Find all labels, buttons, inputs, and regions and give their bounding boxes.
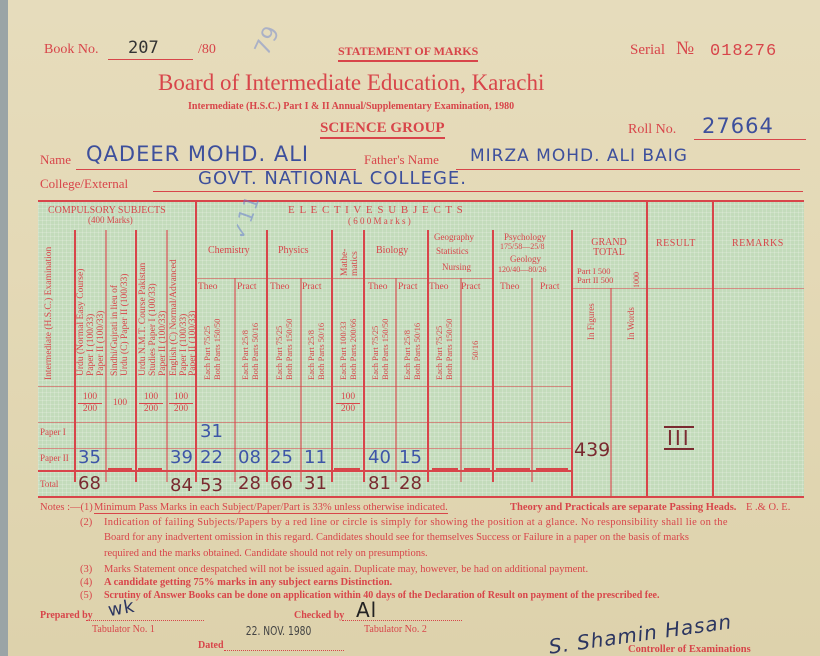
- elective-title: E L E C T I V E S U B J E C T S: [288, 204, 464, 216]
- marks-table: COMPULSORY SUBJECTS (400 Marks) Intermed…: [38, 200, 804, 498]
- doc-title: STATEMENT OF MARKS: [338, 44, 478, 62]
- physics-theo-total: 66: [270, 474, 293, 494]
- margin-scribble: 79: [250, 22, 285, 60]
- serial-label: Serial: [630, 42, 665, 59]
- remarks-header: REMARKS: [732, 238, 784, 249]
- grand-total-header: GRAND TOTAL: [584, 238, 634, 258]
- biology-pract-paper2: 15: [399, 448, 422, 468]
- book-no: 207: [128, 38, 159, 58]
- note-3: Marks Statement once despatched will not…: [104, 564, 588, 575]
- geography-header: Geography: [434, 232, 474, 242]
- biology-theo-paper2: 40: [368, 448, 391, 468]
- controller-label: Controller of Examinations: [628, 644, 751, 655]
- dated-label: Dated: [198, 640, 224, 651]
- note-2a: Indication of failing Subjects/Papers by…: [104, 517, 728, 528]
- board-title: Board of Intermediate Education, Karachi: [158, 70, 544, 96]
- english-paper2: 39: [170, 448, 193, 468]
- tabulator2-initial: Al: [356, 598, 377, 622]
- elective-marks: ( 6 0 0 M a r k s ): [348, 216, 411, 226]
- chemistry-pract-total: 28: [238, 474, 261, 494]
- roll-no-label: Roll No.: [628, 122, 676, 138]
- tabulator1-initial: wk: [106, 596, 136, 621]
- serial-no: 018276: [710, 42, 777, 61]
- physics-theo-paper2: 25: [270, 448, 293, 468]
- sindhi-max: 100: [108, 398, 132, 409]
- chemistry-theo-paper2: 22: [200, 448, 223, 468]
- row-label-total: Total: [40, 479, 58, 489]
- english-max: 100200: [169, 392, 193, 415]
- note-2c: required and the marks obtained. Candida…: [104, 548, 428, 559]
- exam-title: Intermediate (H.S.C.) Part I & II Annual…: [188, 101, 514, 112]
- serial-no-sign: №: [676, 38, 694, 60]
- geology-header: Geology: [510, 254, 541, 264]
- mathematics-max: 100200: [336, 392, 360, 415]
- note-5: Scrutiny of Answer Books can be done on …: [104, 590, 659, 601]
- notes-label: Notes :—(1): [40, 502, 93, 513]
- biology-header: Biology: [376, 245, 408, 256]
- chemistry-theo-total: 53: [200, 476, 223, 496]
- urdu-paper2: 35: [78, 448, 101, 468]
- roll-no: 27664: [702, 114, 774, 138]
- father-name: MIRZA MOHD. ALI BAIG: [470, 146, 688, 166]
- book-no-label: Book No.: [44, 42, 98, 58]
- chemistry-header: Chemistry: [208, 245, 250, 256]
- statistics-header: Statistics: [436, 246, 469, 256]
- group-title: SCIENCE GROUP: [320, 120, 445, 139]
- row-label-paper1: Paper I: [40, 427, 66, 437]
- physics-pract-paper2: 11: [304, 448, 327, 468]
- tabulator2-label: Tabulator No. 2: [364, 624, 427, 635]
- in-figures-header: In Figures: [586, 296, 596, 340]
- exam-col-header: Intermediate (H.S.C.) Examination: [44, 290, 54, 380]
- candidate-name: QADEER MOHD. ALI: [86, 142, 309, 166]
- biology-theo-total: 81: [368, 474, 391, 494]
- marks-statement-sheet: Book No. 207 /80 79 STATEMENT OF MARKS S…: [8, 0, 820, 656]
- checked-by-label: Checked by: [294, 610, 344, 621]
- note-1: Minimum Pass Marks in each Subject/Paper…: [94, 502, 448, 514]
- in-words-header: In Words: [626, 296, 636, 340]
- prepared-by-label: Prepared by: [40, 610, 93, 621]
- college-label: College/External: [40, 176, 128, 192]
- compulsory-marks: (400 Marks): [88, 215, 133, 225]
- eoe: E .& O. E.: [746, 502, 790, 513]
- psychology-header: Psychology: [504, 232, 546, 242]
- chemistry-pract-paper2: 08: [238, 448, 261, 468]
- nursing-header: Nursing: [442, 262, 471, 272]
- physics-pract-total: 31: [304, 474, 327, 494]
- pak-studies-max: 100200: [139, 392, 163, 415]
- note-2b: Board for any inadvertent omission in th…: [104, 532, 689, 543]
- grand-total-figure: 439: [574, 440, 610, 460]
- note-4: A candidate getting 75% marks in any sub…: [104, 577, 392, 588]
- biology-pract-total: 28: [399, 474, 422, 494]
- physics-header: Physics: [278, 245, 309, 256]
- book-suffix: /80: [198, 42, 216, 58]
- note-1b: Theory and Practicals are separate Passi…: [510, 502, 736, 513]
- english-total: 84: [170, 476, 193, 496]
- result-header: RESULT: [656, 238, 696, 249]
- mathematics-header: Mathe-matics: [340, 236, 360, 276]
- urdu-total: 68: [78, 474, 101, 494]
- name-label: Name: [40, 152, 71, 168]
- chemistry-theo-paper1: 31: [200, 422, 223, 442]
- tabulator1-label: Tabulator No. 1: [92, 624, 155, 635]
- date-stamp: 22. NOV. 1980: [246, 624, 312, 638]
- result-division: III: [664, 426, 694, 450]
- father-name-label: Father's Name: [364, 152, 439, 168]
- row-label-paper2: Paper II: [40, 453, 69, 463]
- college-name: GOVT. NATIONAL COLLEGE.: [198, 168, 467, 189]
- urdu-max: 100200: [78, 392, 102, 415]
